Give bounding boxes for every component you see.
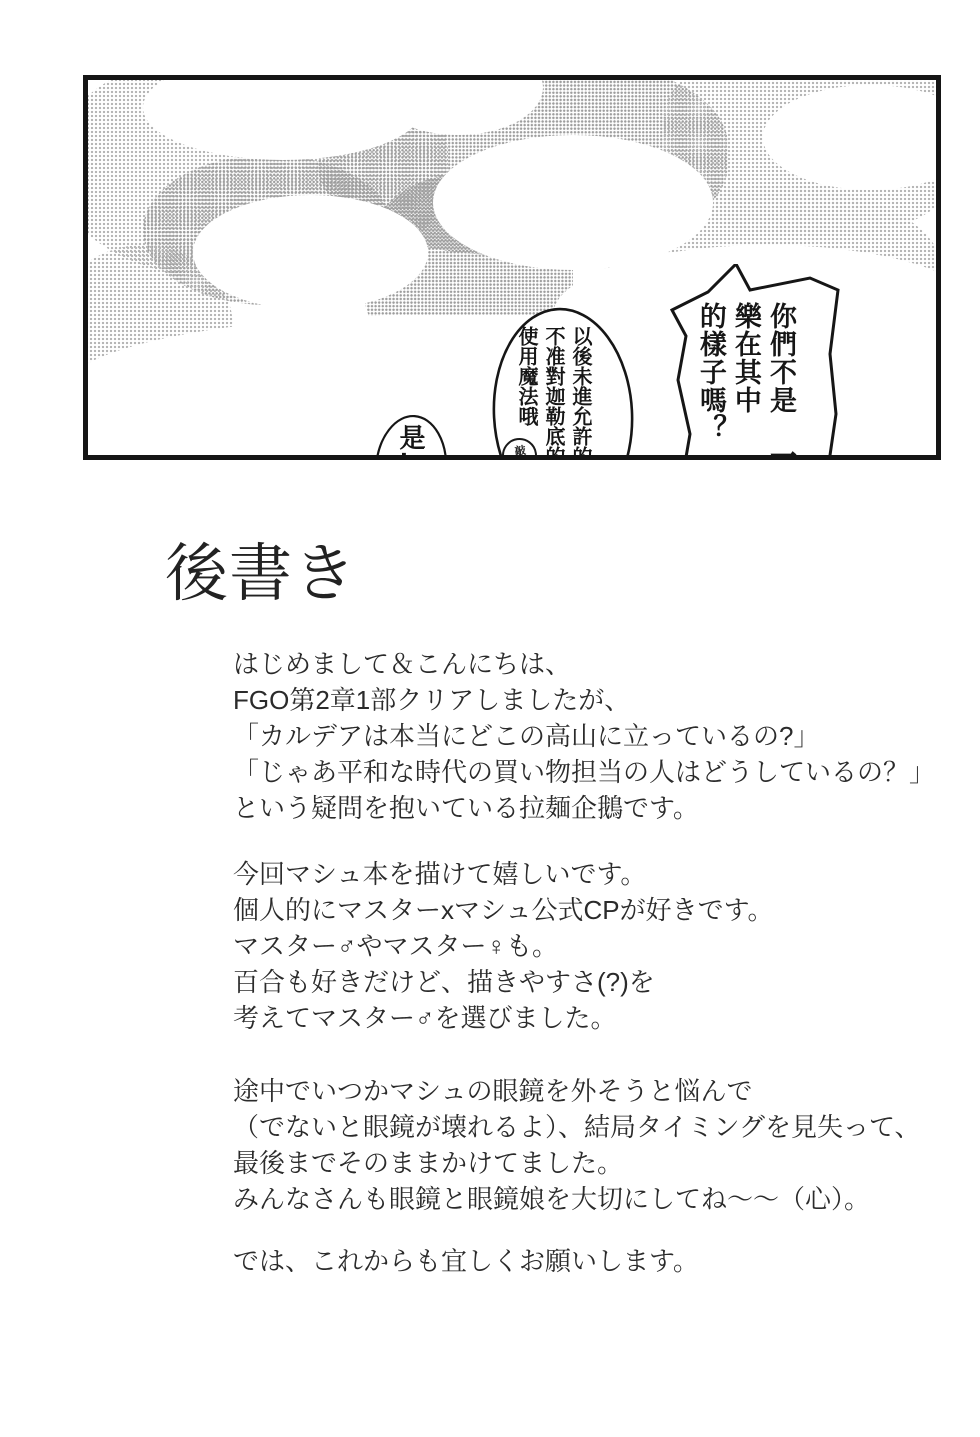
afterword-line: （でないと眼鏡が壊れるよ）、結局タイミングを見失って、 (233, 1109, 920, 1145)
afterword-paragraph: 今回マシュ本を描けて嬉しいです。 個人的にマスターxマシュ公式CPが好きです。 … (233, 856, 774, 1036)
manga-panel: 你們不是 一副 樂在其中 的樣子嗎？ 以後未進允許的話 不准對迦勒底的同伴 使用… (83, 75, 941, 460)
afterword-line: 最後までそのままかけてました。 (233, 1145, 920, 1181)
afterword-paragraph: はじめまして＆こんにちは、 FGO第2章1部クリアしましたが、 「カルデアは本当… (233, 646, 935, 826)
bubble-text-line: 以後未進允許的話 (566, 326, 593, 460)
bubble-text-line: 樂在其中 (728, 302, 763, 460)
afterword-line: 考えてマスター♂を選びました。 (233, 1000, 774, 1036)
afterword-line: 百合も好きだけど、描きやすさ(?)を (233, 964, 774, 1000)
sfx-annotation-text: 敲頭 (513, 444, 527, 460)
reply-bubble-text: 是…… (398, 424, 424, 460)
speech-bubble-reply: 是…… uu (374, 414, 448, 460)
afterword-line: はじめまして＆こんにちは、 (233, 646, 935, 682)
cloud-white-shape (433, 135, 713, 270)
afterword-heading: 後書き (165, 540, 357, 609)
speech-bubble-shout: 你們不是 一副 樂在其中 的樣子嗎？ (670, 264, 844, 460)
afterword-line: FGO第2章1部クリアしましたが、 (233, 682, 935, 718)
afterword-line: 「カルデアは本当にどこの高山に立っているの?」 (233, 718, 935, 754)
afterword-line: マスター♂やマスター♀も。 (233, 928, 774, 964)
afterword-paragraph: では、これからも宜しくお願いします。 (233, 1243, 699, 1279)
afterword-line: みんなさんも眼鏡と眼鏡娘を大切にしてね～～（心）。 (233, 1181, 920, 1217)
bubble-text-line: 不准對迦勒底的同伴 (539, 326, 566, 460)
afterword-line: 途中でいつかマシュの眼鏡を外そうと悩んで (233, 1073, 920, 1109)
afterword-paragraph: 途中でいつかマシュの眼鏡を外そうと悩んで （でないと眼鏡が壊れるよ）、結局タイミ… (233, 1073, 920, 1217)
bubble-text-line: 的樣子嗎？ (693, 302, 728, 460)
afterword-line: 個人的にマスターxマシュ公式CPが好きです。 (233, 892, 774, 928)
speech-bubble-oval: 以後未進允許的話 不准對迦勒底的同伴 使用魔法哦 敲頭 (491, 306, 635, 460)
cloud-white-shape (193, 195, 428, 310)
doujin-afterword-page: 你們不是 一副 樂在其中 的樣子嗎？ 以後未進允許的話 不准對迦勒底的同伴 使用… (0, 0, 980, 1437)
afterword-line: という疑問を抱いている拉麺企鵝です。 (233, 790, 935, 826)
shout-bubble-text: 你們不是 一副 樂在其中 的樣子嗎？ (693, 302, 798, 460)
bubble-text-line: 你們不是 一副 (763, 302, 798, 460)
afterword-line: では、これからも宜しくお願いします。 (233, 1243, 699, 1279)
afterword-line: 「じゃあ平和な時代の買い物担当の人はどうしているの？」 (233, 754, 935, 790)
afterword-line: 今回マシュ本を描けて嬉しいです。 (233, 856, 774, 892)
